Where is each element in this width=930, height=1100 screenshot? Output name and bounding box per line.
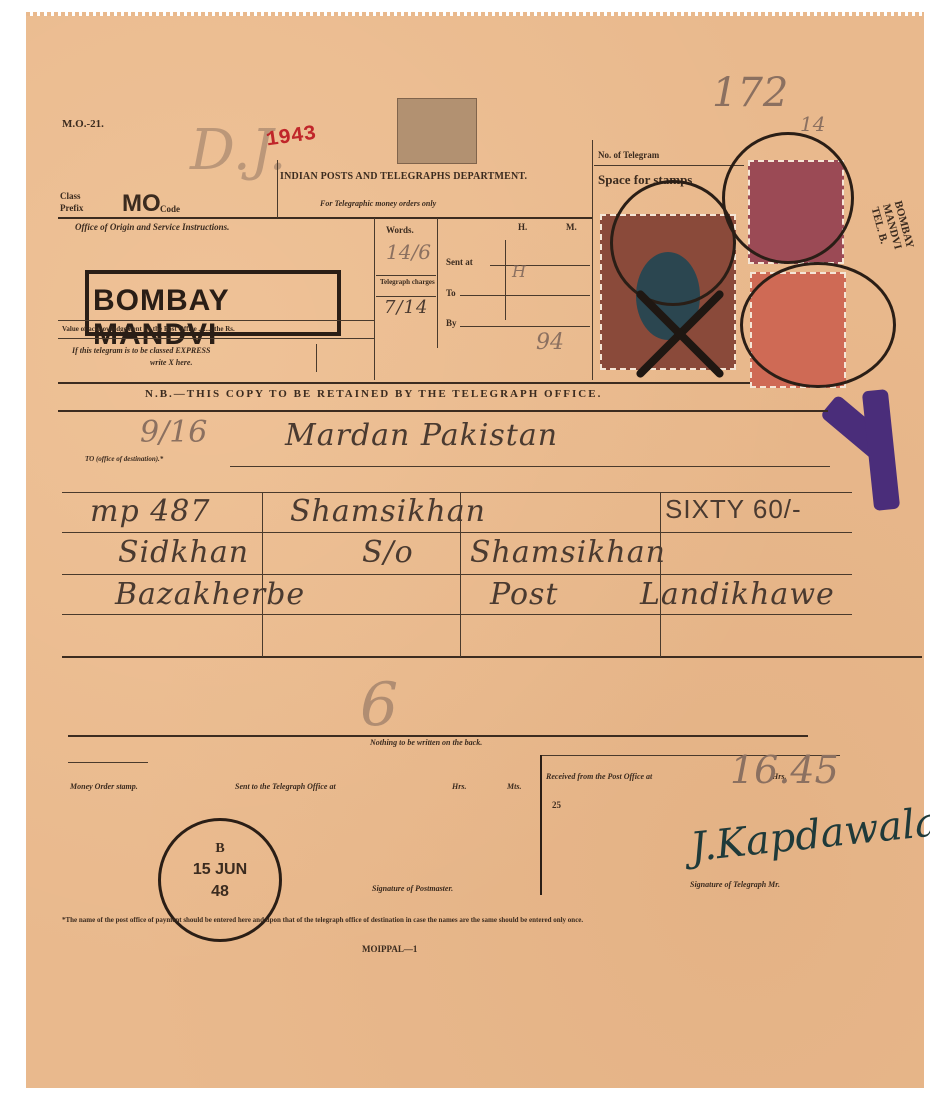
money-order-stamp-label: Money Order stamp.: [70, 782, 138, 791]
by-label: By: [446, 318, 457, 328]
department-title: INDIAN POSTS AND TELEGRAPHS DEPARTMENT.: [280, 171, 527, 182]
words-label: Words.: [386, 225, 414, 235]
destination-text: Mardan Pakistan: [285, 418, 558, 453]
postmark-circle: [722, 132, 854, 264]
postmark-circle: [610, 180, 736, 306]
no-of-telegram-label: No. of Telegram: [598, 150, 659, 160]
form-footnote: *The name of the post office of payment …: [62, 915, 832, 925]
hrs-label: Hrs.: [452, 782, 466, 791]
handwritten-by: 94: [536, 330, 564, 355]
address-cell: Shamsikhan: [290, 494, 486, 529]
class-label: Class: [60, 191, 81, 201]
address-cell: S/o: [362, 535, 414, 570]
address-cell: Bazakherbe: [115, 577, 305, 612]
form-footer-code: MOIPPAL—1: [362, 944, 417, 954]
express-note-line1: If this telegram is to be classed EXPRES…: [72, 346, 210, 355]
address-cell: Landikhawe: [640, 577, 835, 612]
hours-label: H.: [518, 222, 527, 232]
code-label: Code: [160, 204, 180, 214]
sent-at-label: Sent at: [446, 257, 473, 267]
signature-telegraph-label: Signature of Telegraph Mr.: [690, 880, 780, 889]
amount-cell: SIXTY 60/-: [665, 494, 802, 525]
handwritten-center-mark: 6: [360, 670, 398, 740]
address-cell: Shamsikhan: [470, 535, 666, 570]
office-origin-label: Office of Origin and Service Instruction…: [75, 222, 229, 232]
handwritten-sent-at: H: [512, 262, 526, 281]
form-subtitle: For Telegraphic money orders only: [320, 199, 436, 208]
express-note-line2: write X here.: [150, 358, 192, 367]
minutes-label: M.: [566, 222, 577, 232]
prefix-label: Prefix: [60, 203, 83, 213]
handwritten-small-number: 14: [800, 112, 825, 136]
address-cell: Post: [490, 577, 558, 612]
handwritten-top-number: 172: [712, 70, 788, 116]
prefix-value: MO: [122, 190, 161, 218]
mts-label: Mts.: [507, 782, 521, 791]
acknowledgement-note: Value of acknowledgement by the Post Off…: [62, 325, 235, 333]
sent-to-office-label: Sent to the Telegraph Office at: [235, 782, 336, 791]
handwritten-charges: 7/14: [384, 297, 428, 318]
handwritten-words-count: 14/6: [386, 240, 431, 264]
address-cell: mp 487: [90, 494, 210, 529]
address-cell: Sidkhan: [118, 535, 249, 570]
to-label: To: [446, 288, 456, 298]
received-label: Received from the Post Office at: [546, 772, 652, 781]
to-office-label: TO (office of destination).*: [85, 455, 163, 463]
received-mins: 25: [552, 800, 561, 810]
nothing-on-back-note: Nothing to be written on the back.: [370, 738, 482, 747]
telegraph-charges-label: Telegraph charges: [380, 278, 435, 286]
royal-crest-icon: [397, 98, 477, 164]
retain-note: N.B.—THIS COPY TO BE RETAINED BY THE TEL…: [145, 388, 602, 400]
handwritten-destination-prefix: 9/16: [140, 415, 207, 450]
form-code: M.O.-21.: [62, 118, 104, 130]
postmark-circle: [740, 262, 896, 388]
signature-postmaster-label: Signature of Postmaster.: [372, 884, 453, 893]
handwritten-received-time: 16.45: [730, 748, 839, 792]
